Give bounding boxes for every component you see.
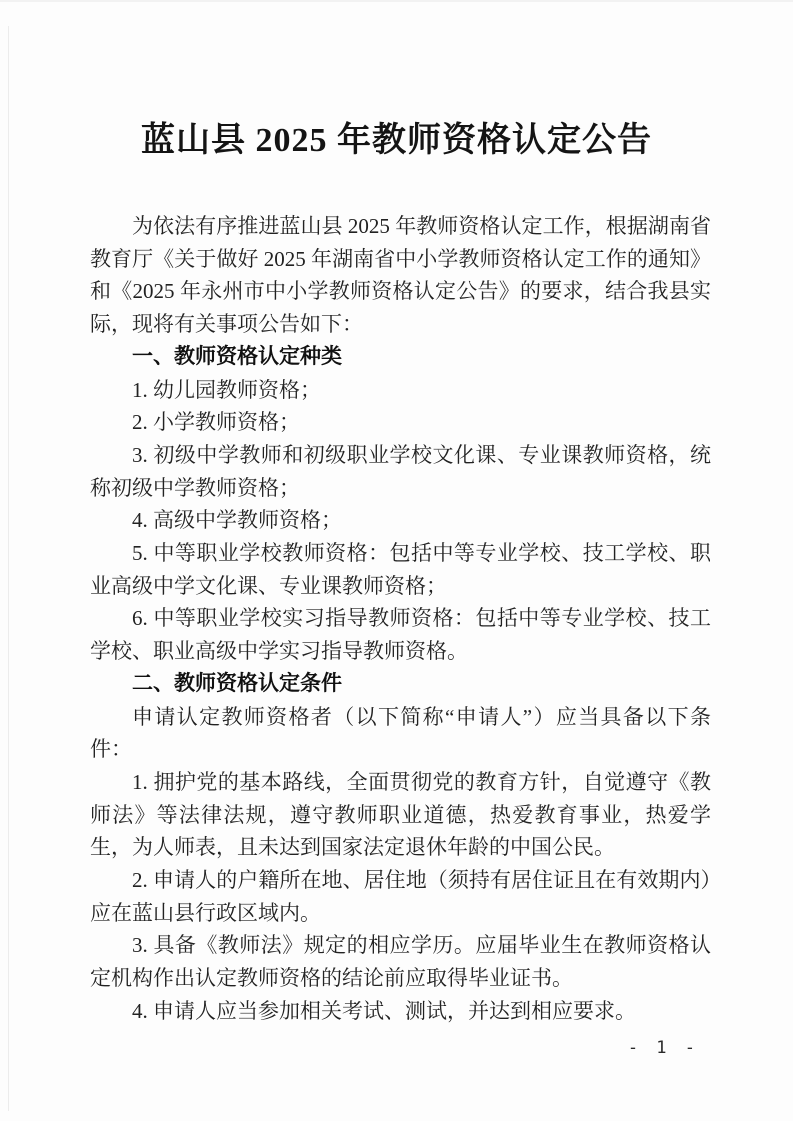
paragraph: 3. 初级中学教师和初级职业学校文化课、专业课教师资格，统称初级中学教师资格； [90,439,711,504]
document-title: 蓝山县 2025 年教师资格认定公告 [0,0,793,164]
paragraph: 1. 拥护党的基本路线，全面贯彻党的教育方针，自觉遵守《教师法》等法律法规，遵守… [90,766,711,864]
paragraph: 申请认定教师资格者（以下简称“申请人”）应当具备以下条件： [90,701,711,766]
page-number: - 1 - [628,1038,699,1058]
paragraph: 2. 申请人的户籍所在地、居住地（须持有居住证且在有效期内）应在蓝山县行政区域内… [90,864,711,929]
paragraph: 1. 幼儿园教师资格； [90,374,711,407]
paragraph: 为依法有序推进蓝山县 2025 年教师资格认定工作，根据湖南省教育厅《关于做好 … [90,210,711,341]
paragraph: 4. 高级中学教师资格； [90,504,711,537]
scan-edge-artifact-top [0,0,793,2]
paragraph: 6. 中等职业学校实习指导教师资格：包括中等专业学校、技工学校、职业高级中学实习… [90,602,711,667]
section-heading: 二、教师资格认定条件 [90,668,711,701]
paragraph: 2. 小学教师资格； [90,406,711,439]
paragraph: 5. 中等职业学校教师资格：包括中等专业学校、技工学校、职业高级中学文化课、专业… [90,537,711,602]
paragraph: 4. 申请人应当参加相关考试、测试，并达到相应要求。 [90,995,711,1028]
section-heading: 一、教师资格认定种类 [90,341,711,374]
document-body: 为依法有序推进蓝山县 2025 年教师资格认定工作，根据湖南省教育厅《关于做好 … [0,210,793,1028]
scanned-document-page: 蓝山县 2025 年教师资格认定公告 为依法有序推进蓝山县 2025 年教师资格… [0,0,793,1121]
paragraph: 3. 具备《教师法》规定的相应学历。应届毕业生在教师资格认定机构作出认定教师资格… [90,929,711,994]
scan-edge-artifact-left [8,26,9,1111]
